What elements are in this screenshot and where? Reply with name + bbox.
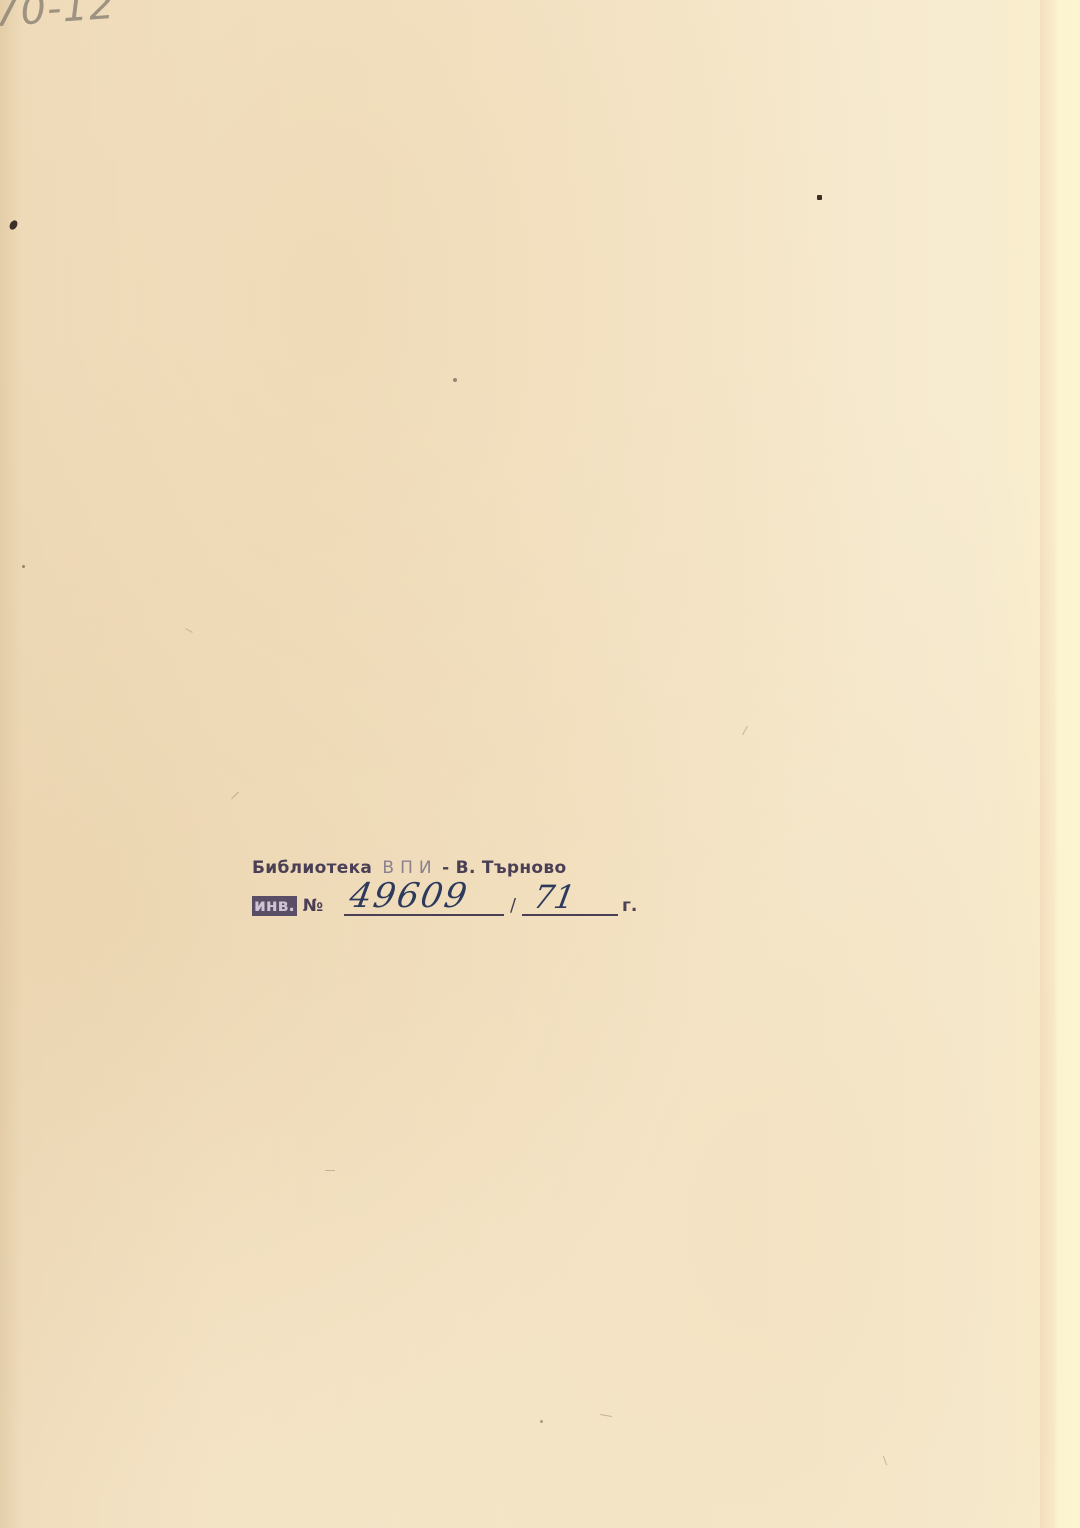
page-right-edge: [1040, 0, 1080, 1528]
stamp-library-name: Библиотека В П И - В. Търново: [252, 858, 652, 878]
stamp-inventory-label: инв. №: [252, 896, 323, 916]
paper-fiber: [185, 628, 192, 633]
handwritten-corner-note: 70-12: [0, 0, 117, 36]
stamp-inv-abbr: инв.: [252, 896, 297, 916]
library-stamp: Библиотека В П И - В. Търново инв. № 496…: [252, 858, 652, 922]
handwritten-year: 71: [531, 878, 578, 916]
stamp-number-sign: №: [303, 896, 323, 916]
paper-fiber: [883, 1456, 887, 1466]
stamp-library-word: Библиотека: [252, 858, 372, 878]
paper-speck: [817, 195, 822, 200]
paper-speck: [453, 378, 457, 382]
paper-page: 70-12 Библиотека В П И - В. Търново инв.…: [0, 0, 1080, 1528]
paper-fiber: [742, 726, 748, 735]
stamp-year-suffix: г.: [622, 896, 637, 916]
paper-fiber: [231, 792, 239, 800]
handwritten-inventory-number: 49609: [346, 876, 471, 916]
paper-fiber: [600, 1414, 612, 1417]
stamp-separator: /: [510, 895, 516, 916]
paper-speck: [540, 1420, 543, 1423]
stamp-city: - В. Търново: [442, 858, 566, 878]
stamp-institution-abbr: В П И: [382, 858, 431, 878]
paper-speck: [22, 565, 25, 568]
paper-fiber: [325, 1170, 335, 1171]
stamp-inventory-line: инв. № 49609 / 71 г.: [252, 882, 652, 922]
